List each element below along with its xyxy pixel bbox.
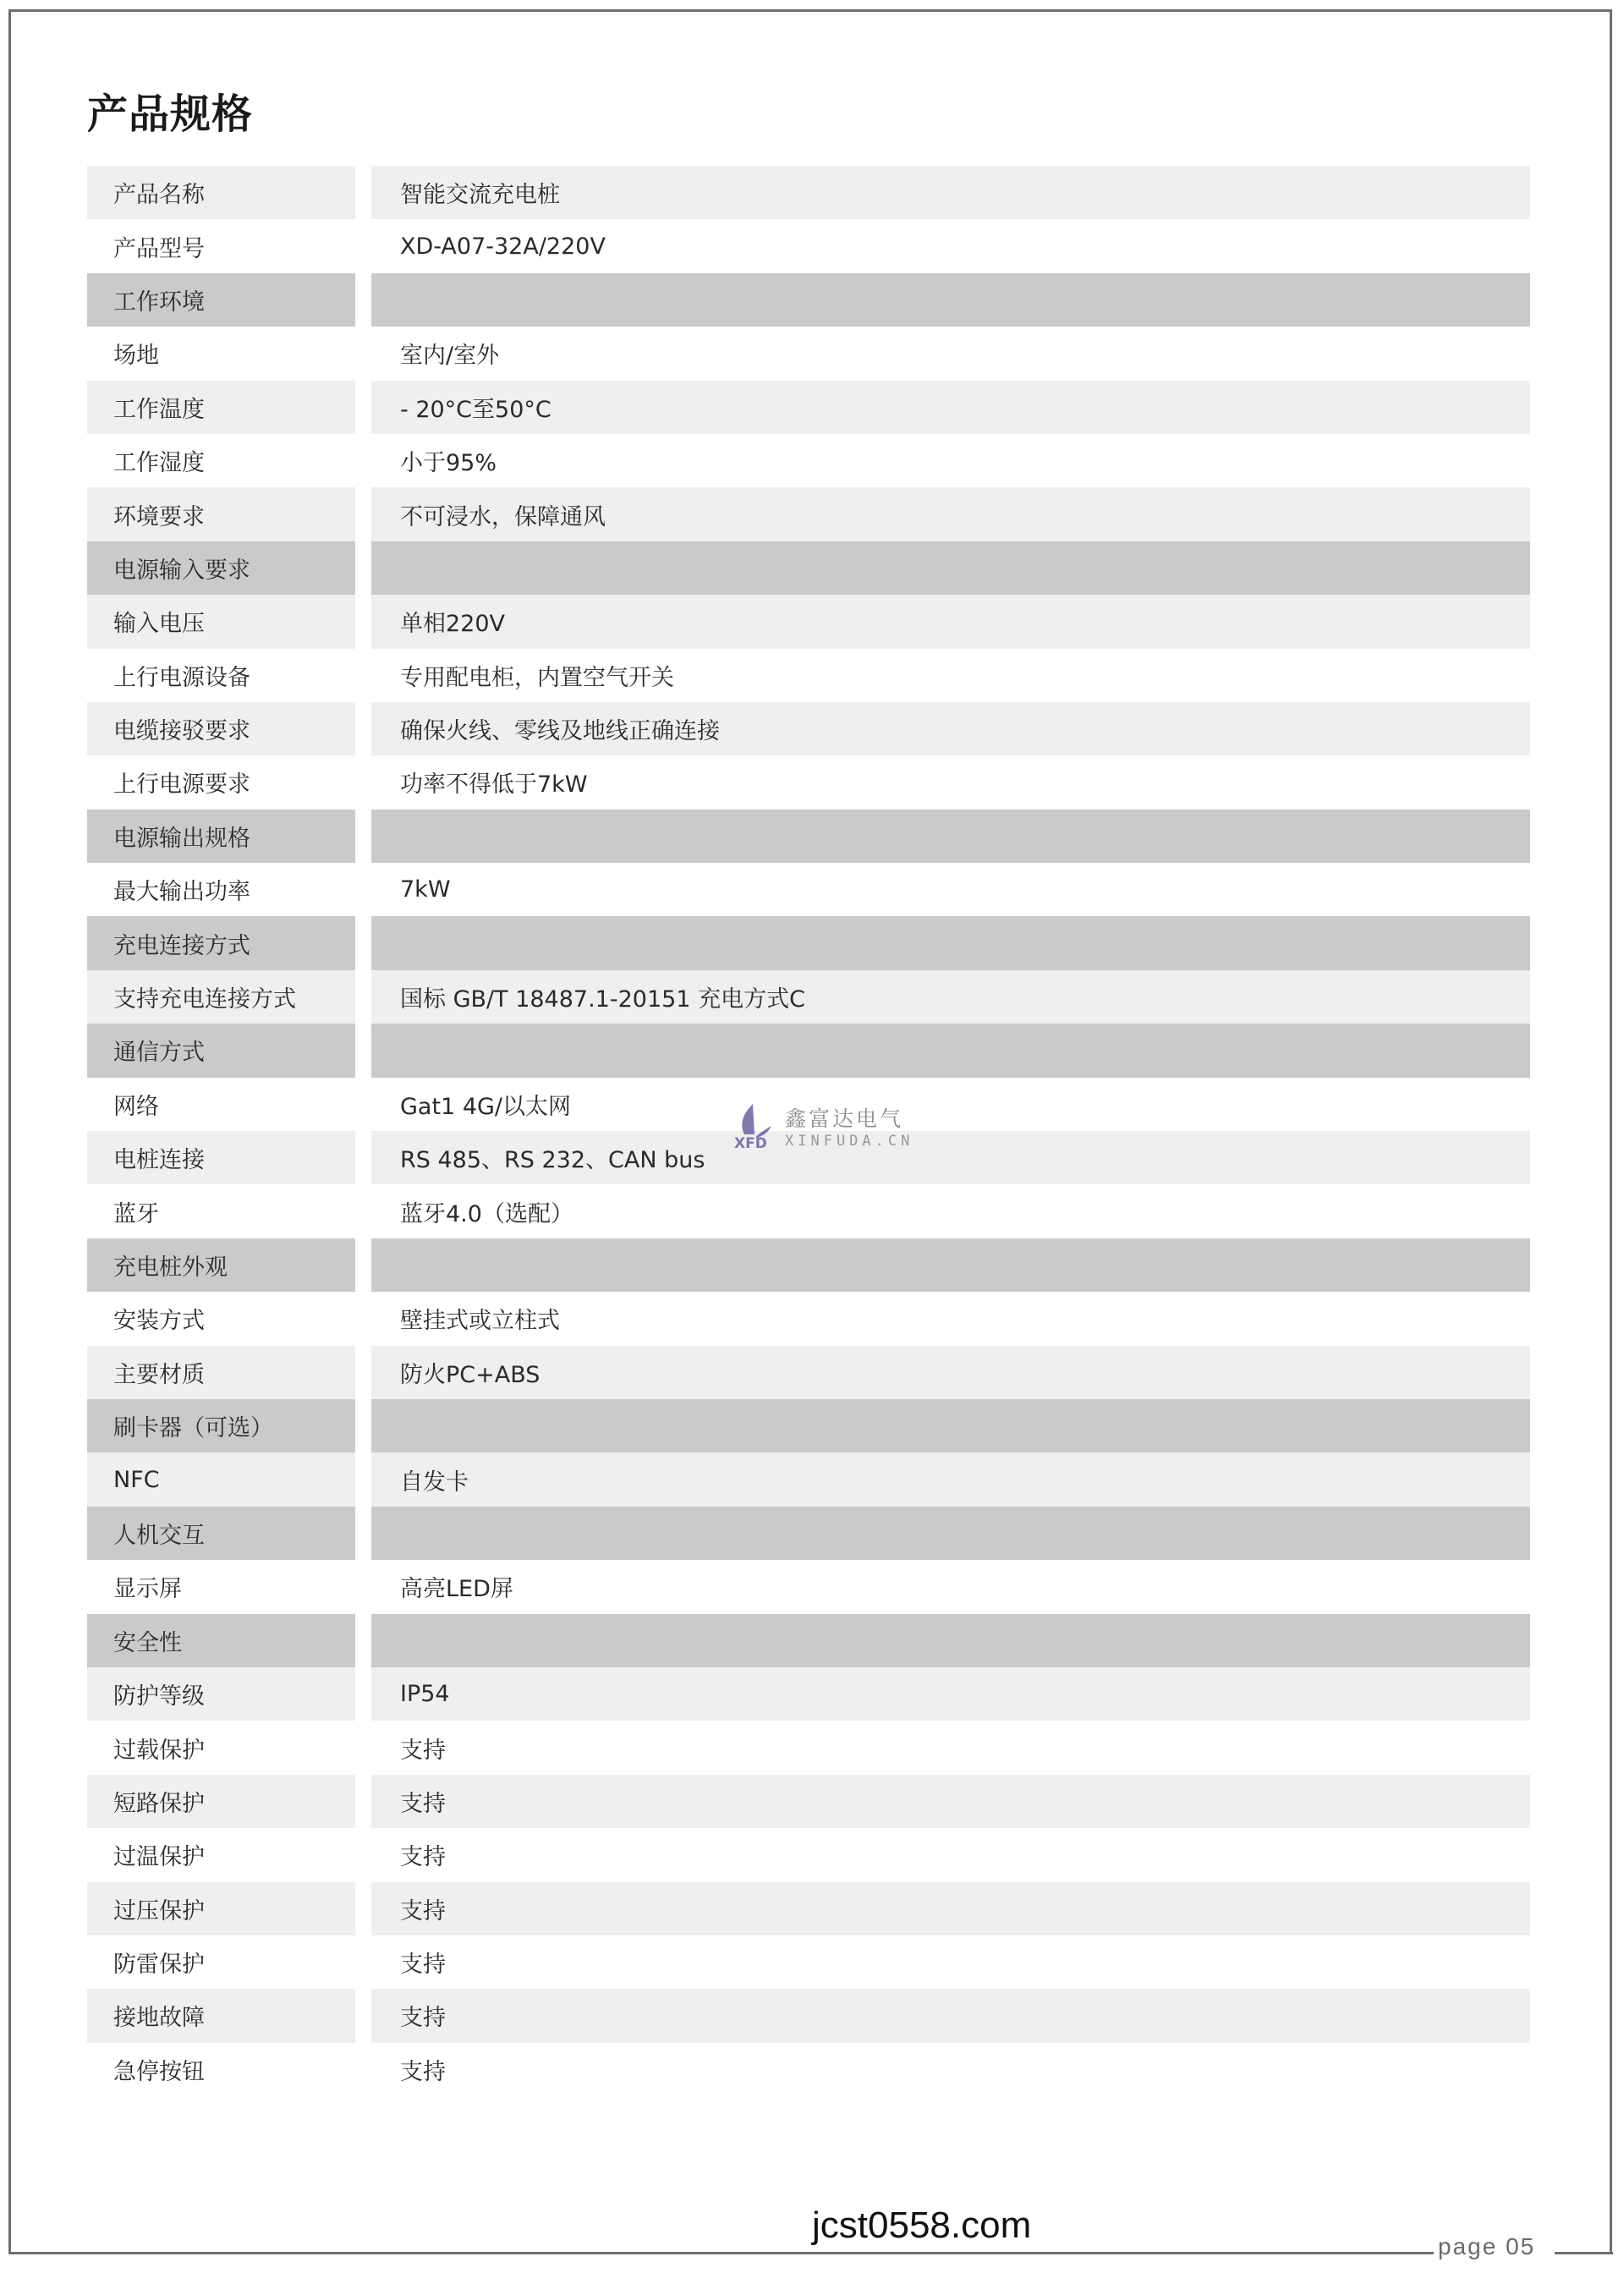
table-row: 过压保护支持: [87, 1882, 1530, 1935]
spec-value: 支持: [371, 1775, 1530, 1828]
watermark-brand-cn: 鑫富达电气: [785, 1102, 913, 1133]
spec-label: 电源输出规格: [87, 810, 355, 863]
spec-label: 人机交互: [87, 1507, 355, 1560]
table-row: 上行电源要求功率不得低于7kW: [87, 755, 1530, 809]
section-header-row: 充电桩外观: [87, 1238, 1530, 1292]
spec-value: IP54: [371, 1667, 1530, 1721]
table-row: 支持充电连接方式国标 GB/T 18487.1-20151 充电方式C: [87, 970, 1530, 1024]
table-row: 电缆接驳要求确保火线、零线及地线正确连接: [87, 702, 1530, 755]
watermark: XFD 鑫富达电气 XINFUDA.CN: [734, 1102, 913, 1150]
spec-value: 防火PC+ABS: [371, 1346, 1530, 1399]
spec-label: 过温保护: [87, 1828, 355, 1881]
spec-label: 过压保护: [87, 1882, 355, 1935]
table-row: 产品型号XD-A07-32A/220V: [87, 219, 1530, 272]
table-row: 蓝牙蓝牙4.0（选配）: [87, 1184, 1530, 1238]
spec-value: [371, 1507, 1530, 1560]
spec-value: XD-A07-32A/220V: [371, 219, 1530, 272]
spec-value: 自发卡: [371, 1452, 1530, 1506]
footer-website: jcst0558.com: [812, 2204, 1031, 2247]
table-row: 最大输出功率7kW: [87, 863, 1530, 916]
table-row: 急停按钮支持: [87, 2043, 1530, 2096]
spec-label: 安全性: [87, 1614, 355, 1667]
table-row: 防雷保护支持: [87, 1935, 1530, 1989]
spec-value: 国标 GB/T 18487.1-20151 充电方式C: [371, 970, 1530, 1024]
spec-value: RS 485、RS 232、CAN bus: [371, 1131, 1530, 1184]
table-row: NFC自发卡: [87, 1452, 1530, 1506]
spec-value: 高亮LED屏: [371, 1560, 1530, 1613]
spec-value: 支持: [371, 1989, 1530, 2042]
spec-label: 电源输入要求: [87, 541, 355, 595]
watermark-brand-en: XINFUDA.CN: [785, 1133, 913, 1150]
spec-value: 支持: [371, 1882, 1530, 1935]
table-row: 环境要求不可浸水，保障通风: [87, 487, 1530, 541]
spec-value: 单相220V: [371, 595, 1530, 648]
section-header-row: 工作环境: [87, 273, 1530, 327]
page-number: page 05: [1438, 2233, 1535, 2260]
spec-value: 室内/室外: [371, 327, 1530, 380]
spec-value: 不可浸水，保障通风: [371, 487, 1530, 541]
table-row: 过载保护支持: [87, 1721, 1530, 1774]
spec-label: 安装方式: [87, 1292, 355, 1345]
section-header-row: 电源输入要求: [87, 541, 1530, 595]
section-header-row: 刷卡器（可选）: [87, 1399, 1530, 1452]
spec-label: 防护等级: [87, 1667, 355, 1721]
table-row: 输入电压单相220V: [87, 595, 1530, 648]
spec-value: 支持: [371, 1828, 1530, 1881]
spec-value: [371, 810, 1530, 863]
spec-label: 通信方式: [87, 1024, 355, 1077]
spec-label: 上行电源要求: [87, 755, 355, 809]
table-row: 主要材质防火PC+ABS: [87, 1346, 1530, 1399]
spec-label: 工作环境: [87, 273, 355, 327]
spec-label: 工作温度: [87, 381, 355, 434]
spec-label: 产品名称: [87, 166, 355, 219]
spec-label: NFC: [87, 1452, 355, 1506]
spec-label: 最大输出功率: [87, 863, 355, 916]
spec-label: 接地故障: [87, 1989, 355, 2042]
spec-label: 电桩连接: [87, 1131, 355, 1184]
spec-value: 专用配电柜，内置空气开关: [371, 649, 1530, 702]
spec-value: 支持: [371, 2043, 1530, 2096]
spec-label: 蓝牙: [87, 1184, 355, 1238]
frame-bottom-line-right: [1555, 2252, 1613, 2254]
section-header-row: 通信方式: [87, 1024, 1530, 1077]
spec-label: 急停按钮: [87, 2043, 355, 2096]
sail-logo-icon: XFD: [734, 1102, 776, 1150]
spec-label: 场地: [87, 327, 355, 380]
table-row: 工作湿度小于95%: [87, 434, 1530, 487]
frame-bottom-line: [8, 2252, 1434, 2254]
spec-value: [371, 541, 1530, 595]
table-row: 接地故障支持: [87, 1989, 1530, 2042]
spec-value: [371, 1024, 1530, 1077]
spec-value: [371, 1238, 1530, 1292]
spec-label: 充电连接方式: [87, 916, 355, 969]
spec-value: 支持: [371, 1935, 1530, 1989]
spec-label: 主要材质: [87, 1346, 355, 1399]
table-row: 过温保护支持: [87, 1828, 1530, 1881]
svg-text:XFD: XFD: [734, 1135, 767, 1150]
spec-label: 防雷保护: [87, 1935, 355, 1989]
table-row: 工作温度- 20°C至50°C: [87, 381, 1530, 434]
spec-label: 产品型号: [87, 219, 355, 272]
spec-label: 电缆接驳要求: [87, 702, 355, 755]
spec-label: 短路保护: [87, 1775, 355, 1828]
table-row: 短路保护支持: [87, 1775, 1530, 1828]
section-header-row: 充电连接方式: [87, 916, 1530, 969]
section-header-row: 人机交互: [87, 1507, 1530, 1560]
spec-value: [371, 916, 1530, 969]
spec-label: 支持充电连接方式: [87, 970, 355, 1024]
spec-value: 智能交流充电桩: [371, 166, 1530, 219]
table-row: 场地室内/室外: [87, 327, 1530, 380]
spec-label: 工作湿度: [87, 434, 355, 487]
page-title: 产品规格: [87, 81, 253, 140]
spec-label: 网络: [87, 1078, 355, 1131]
spec-label: 输入电压: [87, 595, 355, 648]
spec-value: - 20°C至50°C: [371, 381, 1530, 434]
spec-label: 刷卡器（可选）: [87, 1399, 355, 1452]
spec-value: 小于95%: [371, 434, 1530, 487]
spec-value: 蓝牙4.0（选配）: [371, 1184, 1530, 1238]
spec-value: [371, 1614, 1530, 1667]
spec-value: 壁挂式或立柱式: [371, 1292, 1530, 1345]
table-row: 防护等级IP54: [87, 1667, 1530, 1721]
spec-label: 显示屏: [87, 1560, 355, 1613]
spec-value: Gat1 4G/以太网: [371, 1078, 1530, 1131]
spec-value: [371, 1399, 1530, 1452]
table-row: 显示屏高亮LED屏: [87, 1560, 1530, 1613]
spec-value: 支持: [371, 1721, 1530, 1774]
section-header-row: 电源输出规格: [87, 810, 1530, 863]
spec-label: 充电桩外观: [87, 1238, 355, 1292]
spec-label: 环境要求: [87, 487, 355, 541]
spec-value: 7kW: [371, 863, 1530, 916]
spec-label: 上行电源设备: [87, 649, 355, 702]
section-header-row: 安全性: [87, 1614, 1530, 1667]
table-row: 安装方式壁挂式或立柱式: [87, 1292, 1530, 1345]
spec-label: 过载保护: [87, 1721, 355, 1774]
spec-value: 功率不得低于7kW: [371, 755, 1530, 809]
table-row: 上行电源设备专用配电柜，内置空气开关: [87, 649, 1530, 702]
spec-value: [371, 273, 1530, 327]
table-row: 产品名称智能交流充电桩: [87, 166, 1530, 219]
spec-value: 确保火线、零线及地线正确连接: [371, 702, 1530, 755]
